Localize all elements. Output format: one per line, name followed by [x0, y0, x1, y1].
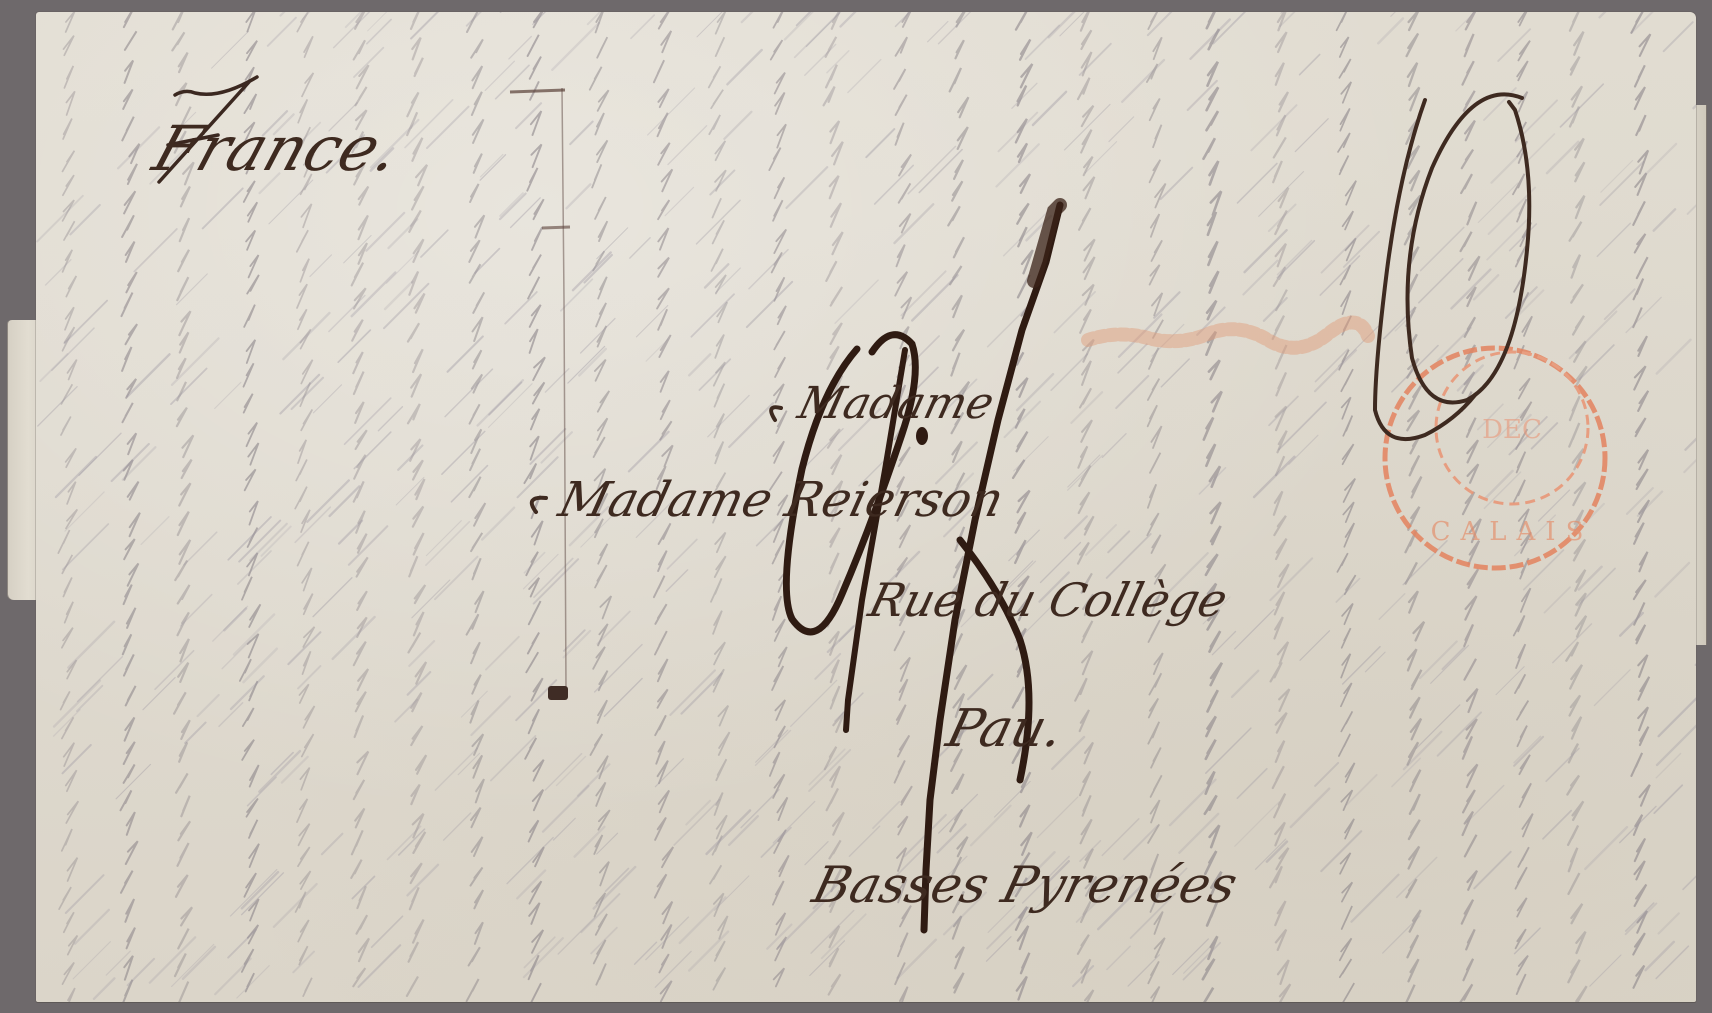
letter-cover-scan: DEC CALAIS France. 25 10: [0, 0, 1712, 1013]
letter-sheet: [36, 12, 1696, 1002]
bleed-through-writing: [36, 12, 1696, 1002]
rate-10-value: 10: [0, 0, 2, 1]
rate-25-value: 25: [0, 0, 2, 1]
